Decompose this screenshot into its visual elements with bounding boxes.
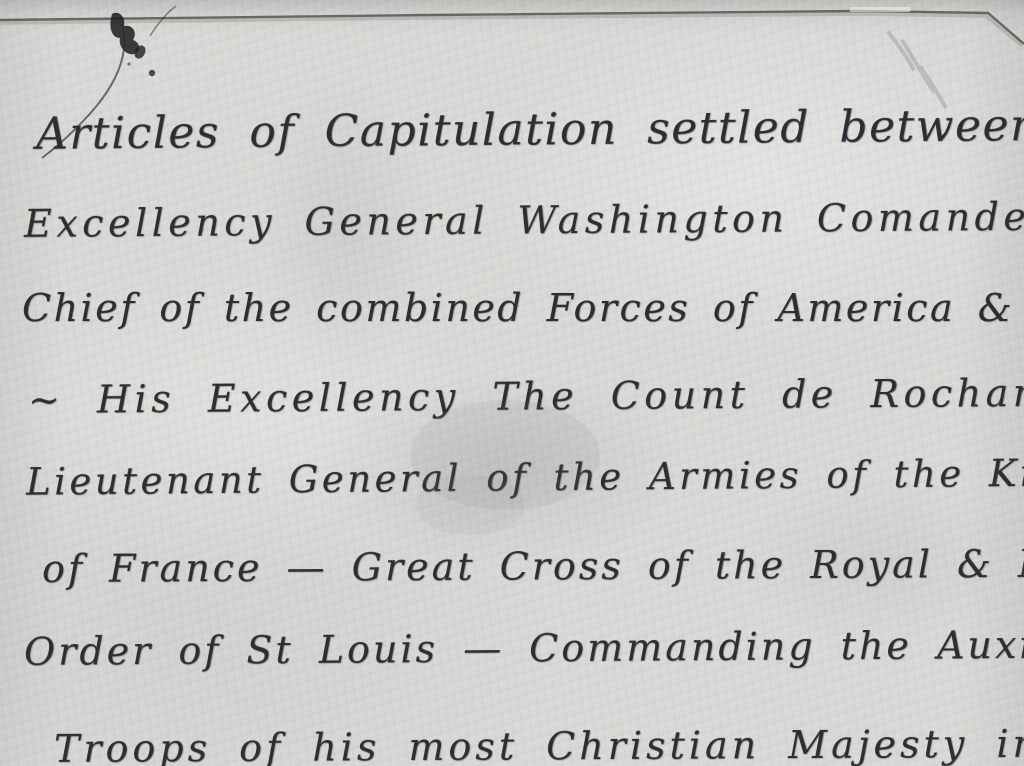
manuscript-line: Lieutenant General of the Armies of the …	[26, 451, 1024, 503]
manuscript-page: Articles of Capitulation settled between…	[0, 0, 1024, 766]
paper-top-edge-line	[0, 11, 1024, 44]
paper-edge-highlight	[850, 7, 910, 12]
manuscript-line-clipped: Troops of his most Christian Majesty in …	[54, 721, 1024, 766]
manuscript-line: of France — Great Cross of the Royal & M…	[42, 541, 1024, 591]
manuscript-line: Excellency General Washington Comander i…	[24, 194, 1024, 246]
manuscript-line: ~ His Excellency The Count de Rochambeau	[28, 370, 1024, 422]
manuscript-line: Articles of Capitulation settled between…	[36, 99, 1024, 160]
manuscript-line: Order of St Louis — Commanding the Auxil…	[24, 622, 1024, 674]
manuscript-line: Chief of the combined Forces of America …	[22, 286, 1024, 330]
paper-top-edge-shadow	[0, 14, 1022, 46]
faint-smudge-top-right	[888, 32, 946, 108]
ink-blot-top-left	[110, 13, 155, 76]
